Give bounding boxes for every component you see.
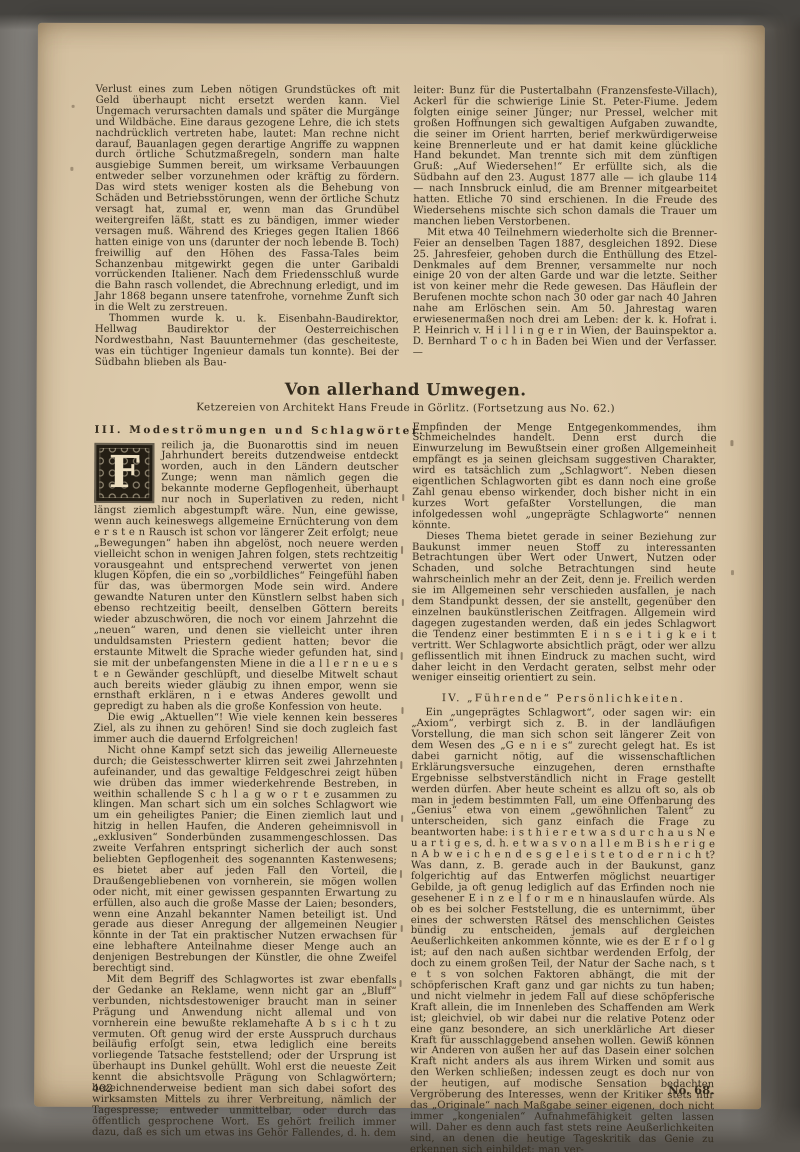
ink-speck <box>400 980 402 987</box>
ink-speck <box>400 870 402 878</box>
ink-speck <box>401 707 403 714</box>
ink-speck <box>402 494 404 501</box>
ornamental-initial-F: F <box>94 442 154 502</box>
paragraph: Mit dem Begriff des Schlagwortes ist zwa… <box>92 975 397 1140</box>
paragraph: Empfinden der Menge Entgegenkommendes, i… <box>412 423 716 533</box>
ink-speck <box>402 599 404 606</box>
paragraph: leiter: Bunz für die Pustertalbahn (Fran… <box>413 86 717 229</box>
article-title: Von allerhand Umwegen. <box>95 378 717 399</box>
ink-speck <box>401 925 403 932</box>
section-iii-paragraphs: Die ewig „Aktuellen“! Wie viele kennen k… <box>92 713 397 1139</box>
top-article-left-column: Verlust eines zum Leben nötigen Grundstü… <box>95 85 400 370</box>
paragraph: Die ewig „Aktuellen“! Wie viele kennen k… <box>93 713 397 747</box>
article-header: Von allerhand Umwegen. Ketzereien von Ar… <box>95 378 717 414</box>
main-article-left-column: III. Modeströmungen und Schlagwörter. Fr… <box>92 421 399 1139</box>
scan-artifacts <box>38 23 765 26</box>
ink-speck <box>70 167 73 171</box>
issue-number: No. 68. <box>668 1083 714 1097</box>
paragraph: Thommen wurde k. u. k. Eisenbahn-Baudire… <box>95 314 399 370</box>
ink-speck <box>401 546 403 554</box>
article-subtitle: Ketzereien von Architekt Hans Freude in … <box>95 400 717 414</box>
ink-speck <box>400 761 402 769</box>
paragraph: Mit etwa 40 Teilnehmern wiederholte sich… <box>413 228 717 360</box>
top-article-columns: Verlust eines zum Leben nötigen Grundstü… <box>95 85 718 371</box>
top-article-right-column: leiter: Bunz für die Pustertalbahn (Fran… <box>413 86 718 360</box>
ink-speck <box>401 815 403 822</box>
ink-speck <box>730 440 733 446</box>
main-article-right-column: Empfinden der Menge Entgegenkommendes, i… <box>410 423 717 1152</box>
ink-speck <box>401 652 403 660</box>
scanned-page-photo: Verlust eines zum Leben nötigen Grundstü… <box>0 0 800 1152</box>
main-article-columns: III. Modeströmungen und Schlagwörter. Fr… <box>92 421 717 1152</box>
page-content: Verlust eines zum Leben nötigen Grundstü… <box>92 85 717 1089</box>
section-iii-heading: III. Modeströmungen und Schlagwörter. <box>94 423 398 436</box>
paragraph: Nicht ohne Kampf setzt sich das jeweilig… <box>93 746 398 976</box>
section-iv-heading: IV. „Führende“ Persönlichkeiten. <box>412 692 716 705</box>
page-footer: 402 No. 68. <box>92 1081 714 1097</box>
journal-page: Verlust eines zum Leben nötigen Grundstü… <box>34 23 765 1110</box>
opening-paragraph: Freilich ja, die Buonarottis sind im neu… <box>93 440 398 714</box>
ink-speck <box>72 105 75 108</box>
right-column-paragraphs: Empfinden der Menge Entgegenkommendes, i… <box>412 423 717 686</box>
ink-speck <box>731 570 734 575</box>
paragraph: Dieses Thema bietet gerade in seiner Bez… <box>412 532 717 686</box>
page-number: 402 <box>92 1082 113 1095</box>
paragraph: Verlust eines zum Leben nötigen Grundstü… <box>95 85 400 315</box>
